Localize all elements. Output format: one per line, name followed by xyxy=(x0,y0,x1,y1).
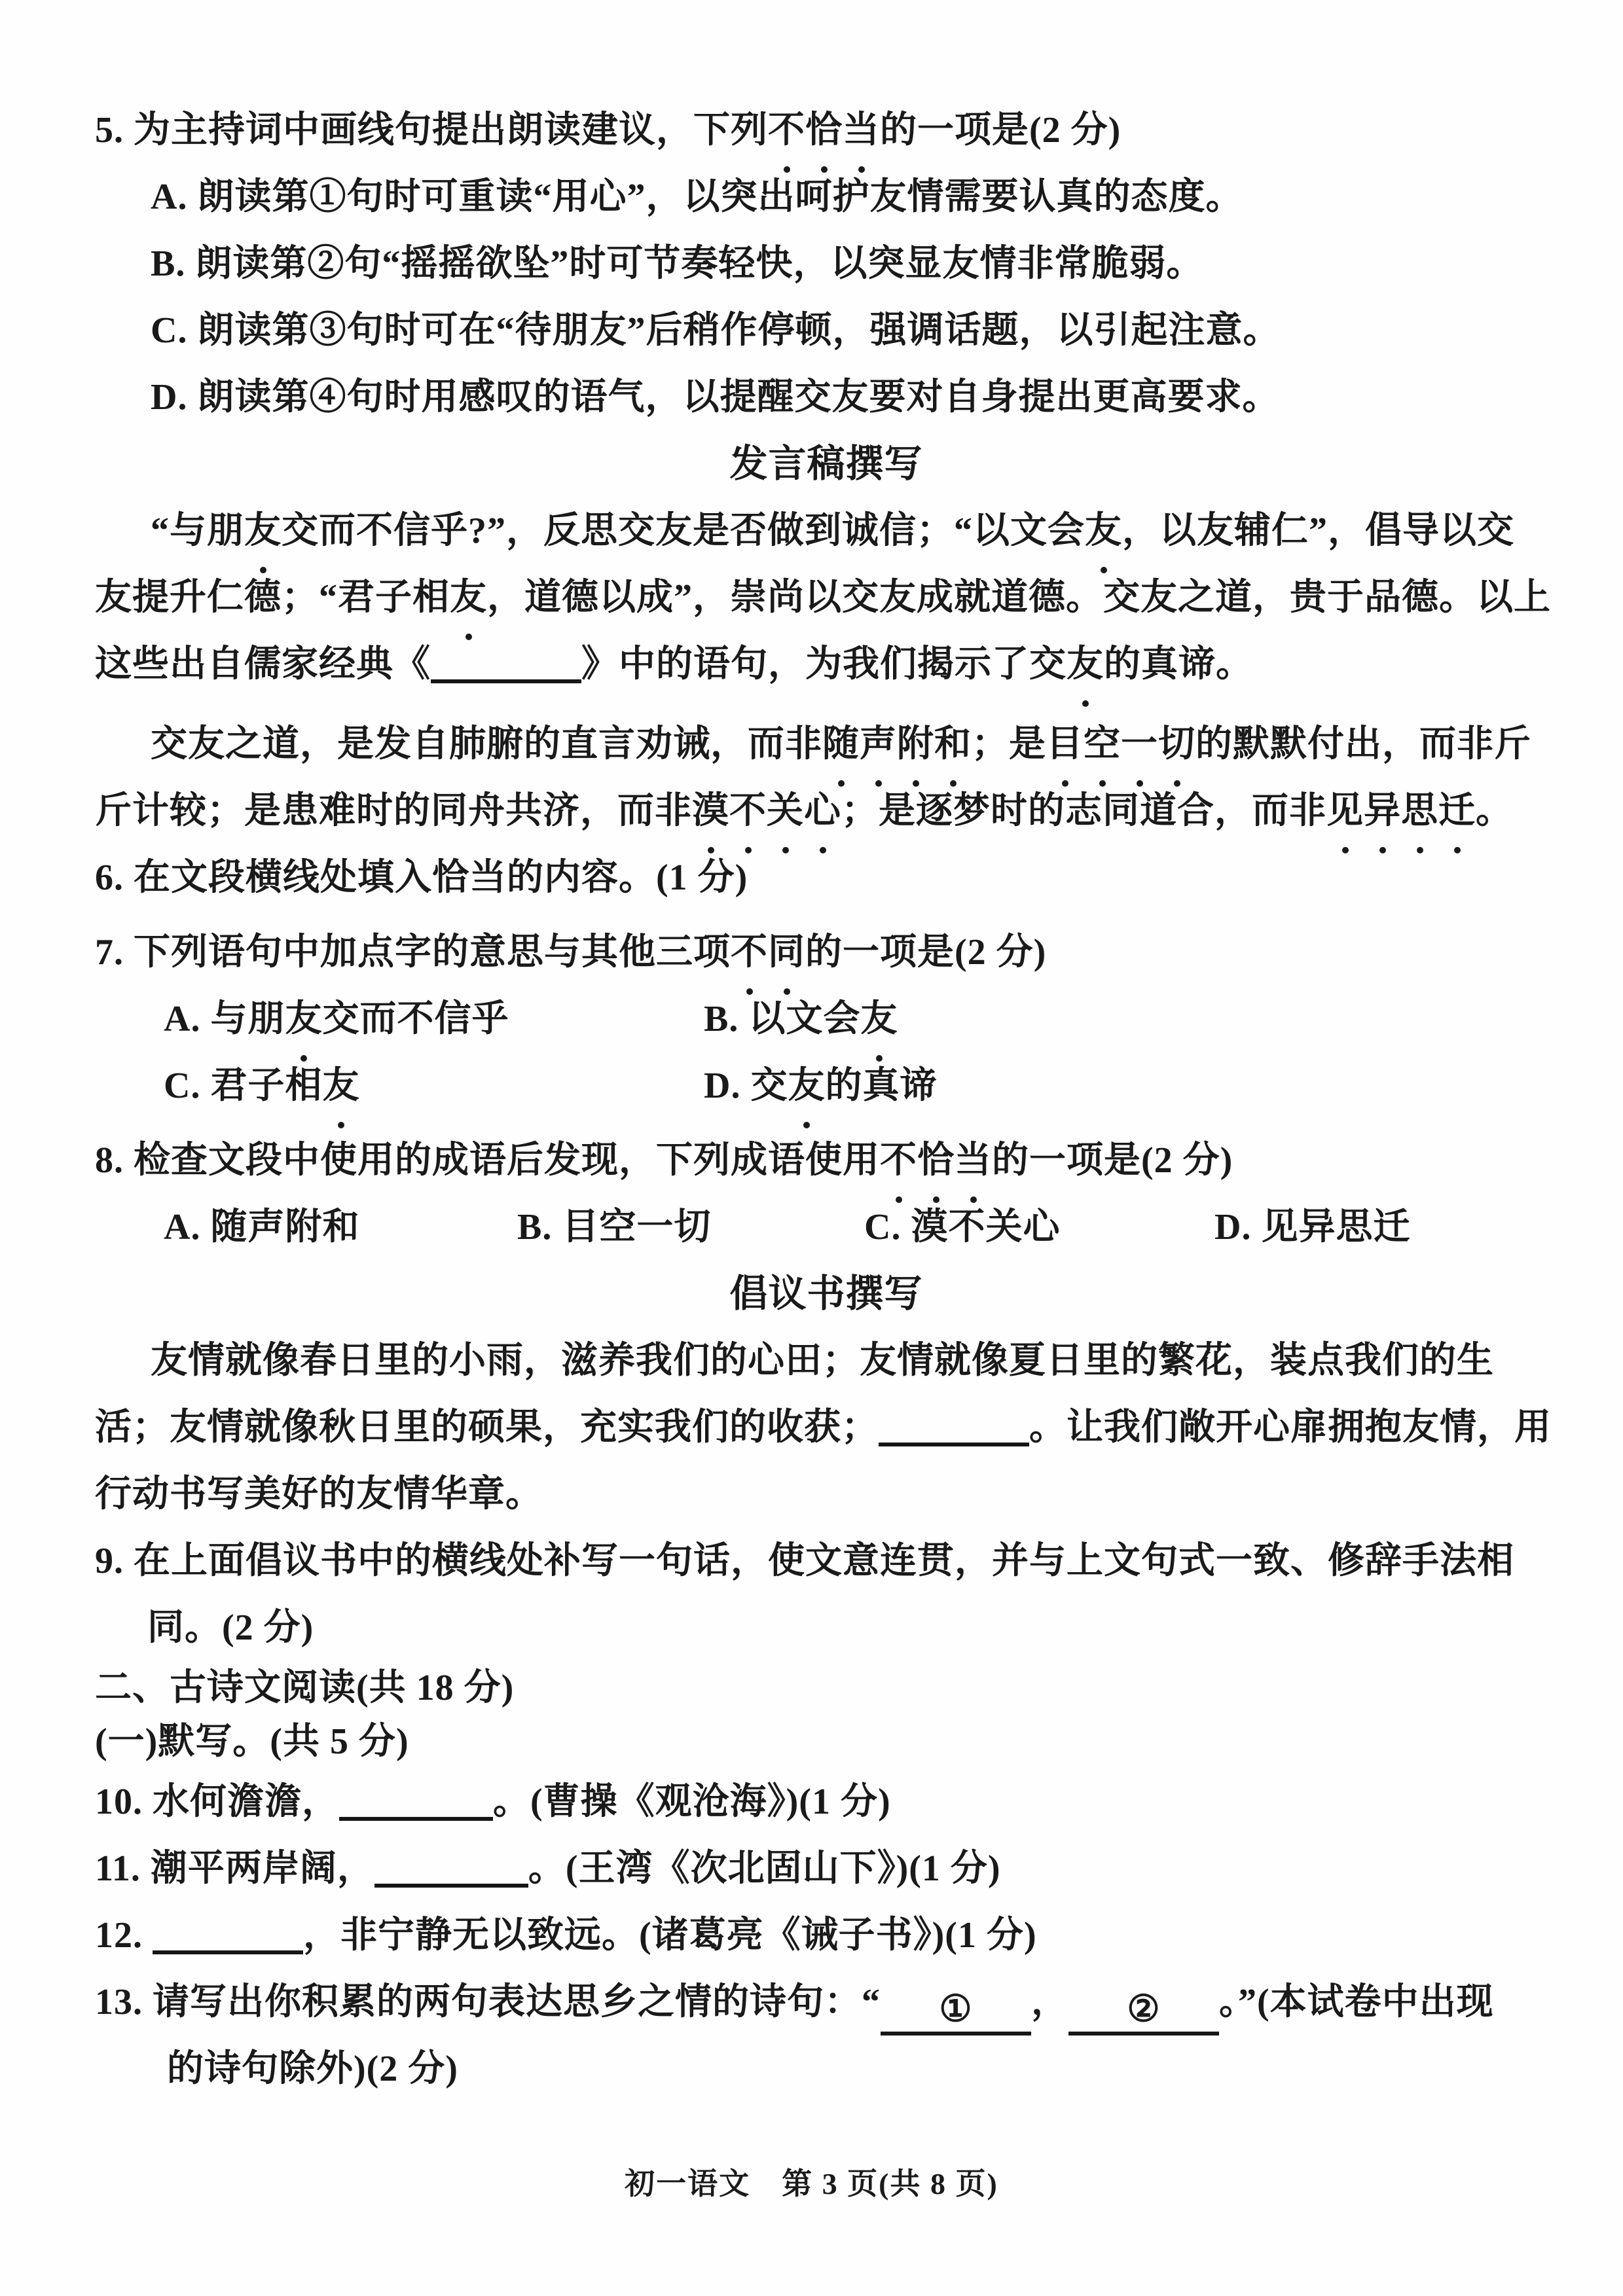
fill-in-blank xyxy=(879,1401,1029,1446)
q13-stem-line2: 的诗句除外)(2 分) xyxy=(95,2036,1558,2102)
emphasis-dotted-char: 友 xyxy=(322,1052,359,1119)
q7-option-row-1: A. 与朋友交而不信乎 B. 以文会友 xyxy=(95,986,1558,1052)
emphasis-dotted-char: 不 xyxy=(731,919,768,986)
q5-option-b: B. 朗读第②句“摇摇欲坠”时可节奏轻快，以突显友情非常脆弱。 xyxy=(95,230,1558,297)
fill-in-blank: ② xyxy=(1068,1990,1219,2036)
emphasis-dotted-char: 附 xyxy=(897,711,934,778)
proposal-line1: 友情就像春日里的小雨，滋养我们的心田；友情就像夏日里的繁花，装点我们的生 xyxy=(95,1327,1558,1394)
fill-in-blank: ① xyxy=(881,1990,1031,2036)
proposal-line3: 行动书写美好的友情华章。 xyxy=(95,1461,1558,1528)
emphasis-dotted-char: 一 xyxy=(1121,711,1158,778)
emphasis-dotted-char: 迁 xyxy=(1438,778,1476,844)
emphasis-dotted-char: 心 xyxy=(804,778,841,844)
q8-option-a: A. 随声附和 xyxy=(164,1194,517,1261)
emphasis-dotted-char: 同 xyxy=(768,919,805,986)
proposal-heading: 倡议书撰写 xyxy=(95,1261,1558,1327)
q8-option-row: A. 随声附和 B. 目空一切 C. 漠不关心 D. 见异思迁 xyxy=(95,1194,1558,1261)
q8-option-c: C. 漠不关心 xyxy=(864,1194,1214,1261)
speech-para1-line2: 友提升仁德；“君子相友，道德以成”，崇尚以交友成就道德。交友之道，贵于品德。以上 xyxy=(95,564,1558,631)
emphasis-dotted-char: 恰 xyxy=(805,97,843,164)
emphasis-dotted-char: 友 xyxy=(1085,497,1122,564)
fill-in-blank xyxy=(431,638,581,683)
emphasis-dotted-char: 不 xyxy=(729,778,767,844)
fill-in-blank xyxy=(374,1842,528,1888)
speech-para1-line3: 这些出自儒家经典《》中的语句，为我们揭示了交友的真谛。 xyxy=(95,631,1558,698)
fill-in-blank xyxy=(153,1909,303,1954)
emphasis-dotted-char: 友 xyxy=(860,986,898,1052)
emphasis-dotted-char: 和 xyxy=(934,711,972,778)
emphasis-dotted-char: 友 xyxy=(244,497,282,564)
emphasis-dotted-char: 当 xyxy=(955,1127,992,1194)
emphasis-dotted-char: 关 xyxy=(767,778,804,844)
emphasis-dotted-char: 异 xyxy=(1364,778,1401,844)
q13-stem-line1: 13. 请写出你积累的两句表达思乡之情的诗句：“①，②。”(本试卷中出现 xyxy=(95,1969,1558,2036)
page-footer: 初一语文 第 3 页(共 8 页) xyxy=(0,2160,1623,2203)
emphasis-dotted-char: 当 xyxy=(843,97,880,164)
q8-option-d: D. 见异思迁 xyxy=(1214,1194,1410,1261)
q7-option-d: D. 交友的真谛 xyxy=(704,1052,937,1119)
q9-stem-line1: 9. 在上面倡议书中的横线处补写一句话，使文意连贯，并与上文句式一致、修辞手法相 xyxy=(95,1528,1558,1594)
emphasis-dotted-char: 切 xyxy=(1158,711,1195,778)
q5-stem: 5. 为主持词中画线句提出朗读建议，下列不恰当的一项是(2 分) xyxy=(95,97,1558,164)
q6-stem: 6. 在文段横线处填入恰当的内容。(1 分) xyxy=(95,844,1558,911)
section2-title: 二、古诗文阅读(共 18 分) xyxy=(95,1661,1558,1715)
q7-option-a: A. 与朋友交而不信乎 xyxy=(164,986,704,1052)
emphasis-dotted-char: 声 xyxy=(860,711,897,778)
emphasis-dotted-char: 不 xyxy=(880,1127,917,1194)
q12-stem: 12. ，非宁静无以致远。(诸葛亮《诫子书》)(1 分) xyxy=(95,1902,1558,1969)
q7-option-c: C. 君子相友 xyxy=(164,1052,704,1119)
emphasis-dotted-char: 友 xyxy=(285,986,322,1052)
speech-para1-line1: “与朋友交而不信乎?”，反思交友是否做到诚信；“以文会友，以友辅仁”，倡导以交 xyxy=(95,497,1558,564)
speech-para2-line1: 交友之道，是发自肺腑的直言劝诫，而非随声附和；是目空一切的默默付出，而非斤 xyxy=(95,711,1558,778)
q5-option-a: A. 朗读第①句时可重读“用心”，以突出呵护友情需要认真的态度。 xyxy=(95,164,1558,230)
q7-option-row-2: C. 君子相友 D. 交友的真谛 xyxy=(95,1052,1558,1119)
emphasis-dotted-char: 友 xyxy=(1067,631,1104,698)
emphasis-dotted-char: 空 xyxy=(1084,711,1121,778)
section2-subtitle: (一)默写。(共 5 分) xyxy=(95,1715,1558,1768)
q5-option-d: D. 朗读第④句时用感叹的语气，以提醒交友要对自身提出更高要求。 xyxy=(95,364,1558,431)
q11-stem: 11. 潮平两岸阔，。(王湾《次北固山下》)(1 分) xyxy=(95,1835,1558,1902)
q5-option-c: C. 朗读第③句时可在“待朋友”后稍作停顿，强调话题，以引起注意。 xyxy=(95,297,1558,364)
emphasis-dotted-char: 友 xyxy=(450,564,487,631)
emphasis-dotted-char: 随 xyxy=(822,711,860,778)
emphasis-dotted-char: 见 xyxy=(1326,778,1364,844)
emphasis-dotted-char: 友 xyxy=(788,1052,825,1119)
q7-option-b: B. 以文会友 xyxy=(704,986,898,1052)
q8-stem: 8. 检查文段中使用的成语后发现，下列成语使用不恰当的一项是(2 分) xyxy=(95,1127,1558,1194)
fill-in-blank xyxy=(339,1776,493,1821)
emphasis-dotted-char: 漠 xyxy=(692,778,729,844)
exam-page: 5. 为主持词中画线句提出朗读建议，下列不恰当的一项是(2 分) A. 朗读第①… xyxy=(0,0,1623,2296)
emphasis-dotted-char: 思 xyxy=(1401,778,1438,844)
emphasis-dotted-char: 目 xyxy=(1046,711,1084,778)
emphasis-dotted-char: 不 xyxy=(768,97,805,164)
q8-option-b: B. 目空一切 xyxy=(517,1194,864,1261)
speech-para2-line2: 斤计较；是患难时的同舟共济，而非漠不关心；是逐梦时的志同道合，而非见异思迁。 xyxy=(95,778,1558,844)
q7-stem: 7. 下列语句中加点字的意思与其他三项不同的一项是(2 分) xyxy=(95,919,1558,986)
proposal-line2: 活；友情就像秋日里的硕果，充实我们的收获；。让我们敞开心扉拥抱友情，用 xyxy=(95,1394,1558,1461)
emphasis-dotted-char: 恰 xyxy=(917,1127,955,1194)
q9-stem-line2: 同。(2 分) xyxy=(95,1594,1558,1661)
speech-draft-heading: 发言稿撰写 xyxy=(95,431,1558,497)
q10-stem: 10. 水何澹澹，。(曹操《观沧海》)(1 分) xyxy=(95,1768,1558,1835)
